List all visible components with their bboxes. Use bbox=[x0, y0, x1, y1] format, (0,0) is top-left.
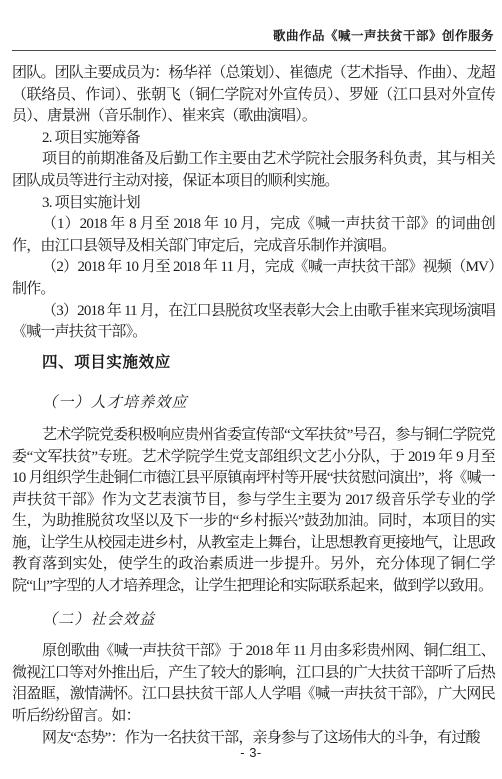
list-item: 3. 项目实施计划 bbox=[12, 193, 495, 215]
paragraph: 项目的前期准备及后勤工作主要由艺术学院社会服务科负责，其与相关团队成员等进行主动… bbox=[12, 149, 495, 192]
header-rule bbox=[12, 50, 496, 51]
section-heading: 四、项目实施效应 bbox=[12, 352, 495, 374]
paragraph: 艺术学院党委积极响应贵州省委宣传部“文军扶贫”号召，参与铜仁学院党委“文军扶贫”… bbox=[12, 425, 495, 598]
list-item: 2. 项目实施筹备 bbox=[12, 128, 495, 150]
paragraph: （3）2018 年 11 月，在江口县脱贫攻坚表彰大会上由歌手崔来宾现场演唱《喊… bbox=[12, 301, 495, 344]
paragraph-continuation: 团队。团队主要成员为：杨华祥（总策划）、崔德虎（艺术指导、作曲）、龙超（联络员、… bbox=[12, 63, 495, 128]
running-header-title: 歌曲作品《喊一声扶贫干部》创作服务 bbox=[12, 28, 494, 44]
sub-section-heading: （一）人才培养效应 bbox=[12, 393, 495, 415]
sub-section-heading: （二）社会效益 bbox=[12, 610, 495, 632]
paragraph: （1）2018 年 8 月至 2018 年 10 月，完成《喊一声扶贫干部》的词… bbox=[12, 214, 495, 257]
document-body: 团队。团队主要成员为：杨华祥（总策划）、崔德虎（艺术指导、作曲）、龙超（联络员、… bbox=[12, 63, 495, 749]
document-page: 歌曲作品《喊一声扶贫干部》创作服务 团队。团队主要成员为：杨华祥（总策划）、崔德… bbox=[0, 0, 502, 779]
paragraph: （2）2018 年 10 月至 2018 年 11 月，完成《喊一声扶贫干部》视… bbox=[12, 257, 495, 300]
page-number: - 3- bbox=[0, 745, 502, 760]
paragraph: 原创歌曲《喊一声扶贫干部》于 2018 年 11 月由多彩贵州网、铜仁组工、微视… bbox=[12, 641, 495, 727]
